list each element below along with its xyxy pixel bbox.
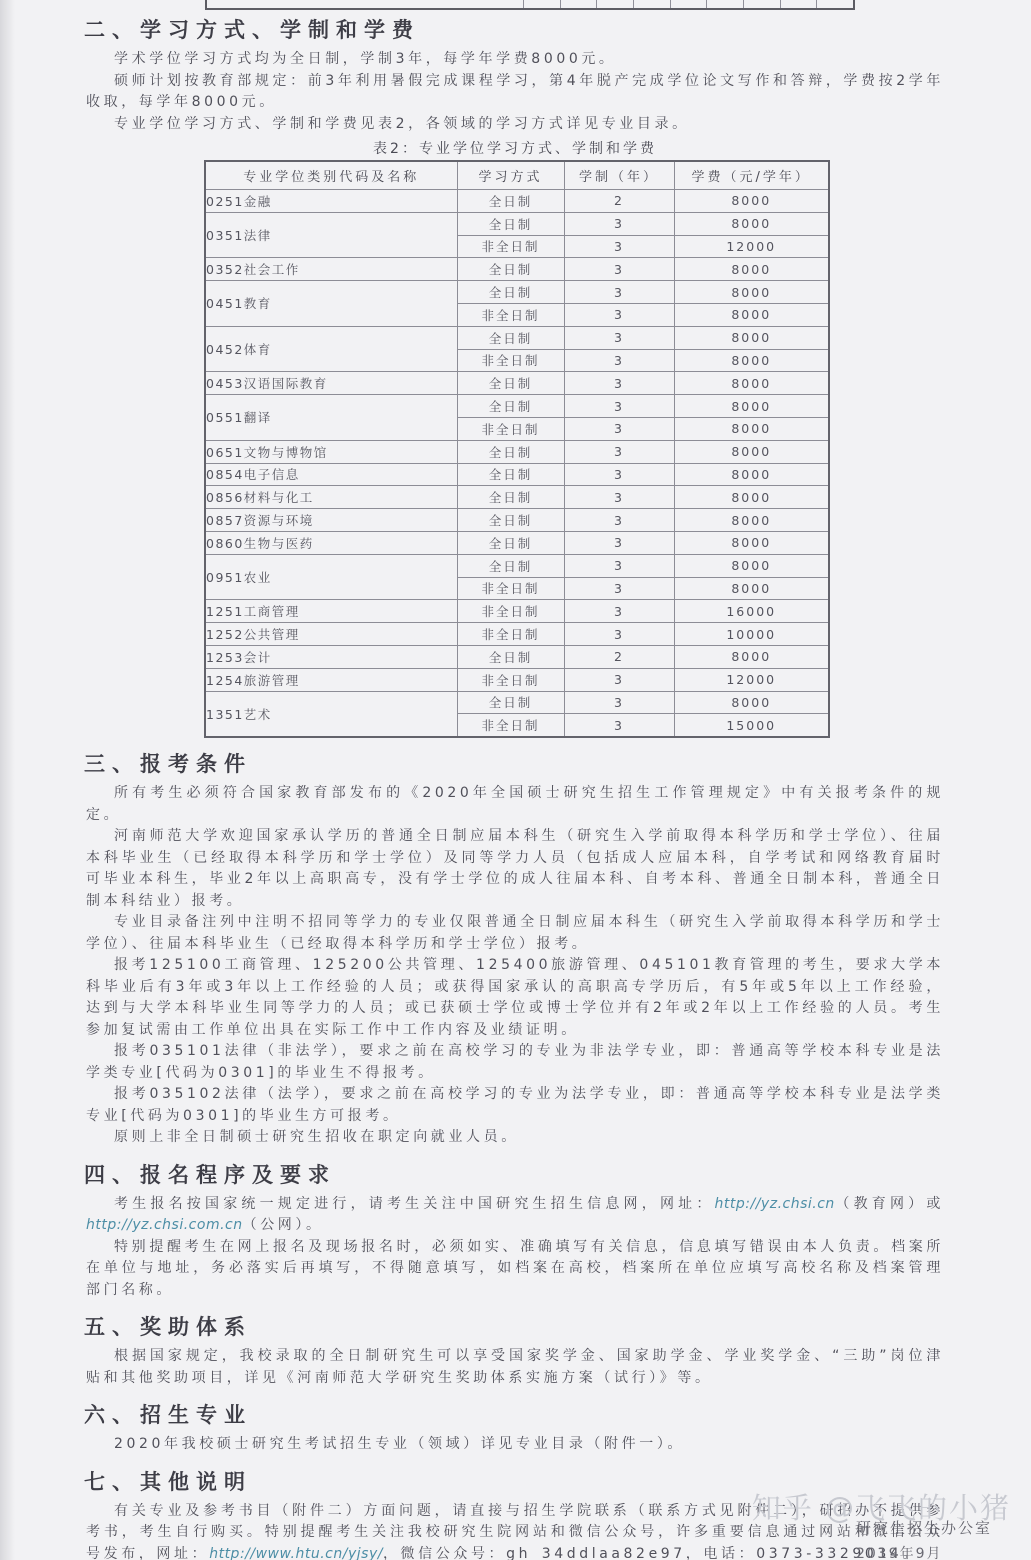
cell-category: 0352社会工作 (205, 258, 457, 281)
table-row: 0854电子信息全日制38000 (205, 463, 829, 486)
section-3-paragraph: 报考125100工商管理、125200公共管理、125400旅游管理、04510… (86, 955, 944, 1041)
table-row: 1254旅游管理非全日制312000 (205, 668, 829, 691)
url-text: http://www.htu.cn/yjsy/ (209, 1546, 383, 1560)
cell-years: 3 (564, 691, 674, 714)
section-4-paragraph-1: 考生报名按国家统一规定进行，请考生关注中国研究生招生信息网，网址：http://… (86, 1194, 944, 1237)
cell-fee: 8000 (674, 645, 829, 668)
table-row: 0451教育全日制38000 (205, 281, 829, 304)
cell-fee: 10000 (674, 623, 829, 646)
cell-years: 3 (564, 463, 674, 486)
cell-mode: 全日制 (457, 486, 564, 509)
cell-mode: 全日制 (457, 372, 564, 395)
cell-category: 1253会计 (205, 645, 457, 668)
table-row: 0860生物与医药全日制38000 (205, 531, 829, 554)
cell-mode: 全日制 (457, 509, 564, 532)
cell-fee: 8000 (674, 349, 829, 372)
section-3-paragraph: 原则上非全日制硕士研究生招收在职定向就业人员。 (86, 1127, 944, 1149)
cell-mode: 非全日制 (457, 623, 564, 646)
cell-category: 0856材料与化工 (205, 486, 457, 509)
table-row: 1253会计全日制28000 (205, 645, 829, 668)
table-row: 0452体育全日制38000 (205, 326, 829, 349)
previous-table-fragment (205, 0, 855, 10)
cell-fee: 16000 (674, 600, 829, 623)
cell-years: 3 (564, 212, 674, 235)
cell-mode: 全日制 (457, 326, 564, 349)
cell-years: 3 (564, 417, 674, 440)
cell-category: 1351艺术 (205, 691, 457, 737)
text-segment: 考生报名按国家统一规定进行，请考生关注中国研究生招生信息网，网址： (114, 1196, 715, 1212)
cell-years: 3 (564, 623, 674, 646)
table-caption: 表2：专业学位学习方式、学制和学费 (86, 138, 944, 158)
column-header: 学习方式 (457, 161, 564, 190)
section-4-heading: 四、报名程序及要求 (84, 1161, 944, 1189)
cell-category: 0857资源与环境 (205, 509, 457, 532)
cell-mode: 全日制 (457, 281, 564, 304)
cell-mode: 全日制 (457, 395, 564, 418)
url-text: http://yz.chsi.cn (715, 1196, 835, 1212)
section-5-paragraph: 根据国家规定，我校录取的全日制研究生可以享受国家奖学金、国家助学金、学业奖学金、… (86, 1346, 944, 1389)
cell-mode: 非全日制 (457, 714, 564, 737)
cell-mode: 全日制 (457, 645, 564, 668)
cell-category: 0551翻译 (205, 395, 457, 441)
cell-years: 3 (564, 600, 674, 623)
table-row: 0453汉语国际教育全日制38000 (205, 372, 829, 395)
cell-years: 3 (564, 372, 674, 395)
text-segment: （公网）。 (243, 1217, 324, 1233)
date-signature: 2019年9月 (856, 1543, 943, 1560)
cell-mode: 非全日制 (457, 417, 564, 440)
section-3-paragraph: 专业目录备注列中注明不招同等学力的专业仅限普通全日制应届本科生（研究生入学前取得… (86, 912, 944, 955)
table-row: 0651文物与博物馆全日制38000 (205, 440, 829, 463)
table-row: 0857资源与环境全日制38000 (205, 509, 829, 532)
text-segment: （教育网）或 (835, 1196, 944, 1212)
table-row: 0551翻译全日制38000 (205, 395, 829, 418)
cell-fee: 8000 (674, 395, 829, 418)
cell-fee: 8000 (674, 509, 829, 532)
cell-category: 1254旅游管理 (205, 668, 457, 691)
table-row: 0856材料与化工全日制38000 (205, 486, 829, 509)
cell-fee: 8000 (674, 212, 829, 235)
cell-fee: 8000 (674, 190, 829, 213)
cell-mode: 非全日制 (457, 600, 564, 623)
cell-fee: 8000 (674, 281, 829, 304)
cell-category: 0351法律 (205, 212, 457, 258)
cell-mode: 全日制 (457, 554, 564, 577)
cell-years: 3 (564, 668, 674, 691)
cell-fee: 8000 (674, 577, 829, 600)
cell-category: 1252公共管理 (205, 623, 457, 646)
cell-years: 2 (564, 645, 674, 668)
cell-years: 3 (564, 326, 674, 349)
cell-fee: 8000 (674, 258, 829, 281)
table-header-row: 专业学位类别代码及名称学习方式学制（年）学费（元/学年） (205, 161, 829, 190)
section-6-paragraph: 2020年我校硕士研究生考试招生专业（领域）详见专业目录（附件一）。 (86, 1434, 944, 1456)
table-row: 1252公共管理非全日制310000 (205, 623, 829, 646)
table-row: 1351艺术全日制38000 (205, 691, 829, 714)
cell-mode: 全日制 (457, 440, 564, 463)
table-body: 0251金融全日制280000351法律全日制38000非全日制31200003… (205, 190, 829, 738)
cell-years: 3 (564, 486, 674, 509)
url-text: http://yz.chsi.com.cn (86, 1217, 243, 1233)
column-header: 学费（元/学年） (674, 161, 829, 190)
table-row: 0251金融全日制28000 (205, 190, 829, 213)
table-row: 1251工商管理非全日制316000 (205, 600, 829, 623)
section-3-paragraph: 报考035101法律（非法学），要求之前在高校学习的专业为非法学专业，即：普通高… (86, 1041, 944, 1084)
cell-mode: 非全日制 (457, 668, 564, 691)
section-3-paragraph: 河南师范大学欢迎国家承认学历的普通全日制应届本科生（研究生入学前取得本科学历和学… (86, 826, 944, 912)
cell-mode: 非全日制 (457, 577, 564, 600)
cell-category: 0651文物与博物馆 (205, 440, 457, 463)
cell-category: 0860生物与医药 (205, 531, 457, 554)
cell-category: 0452体育 (205, 326, 457, 372)
cell-mode: 全日制 (457, 531, 564, 554)
table-row: 0951农业全日制38000 (205, 554, 829, 577)
cell-mode: 全日制 (457, 463, 564, 486)
section-4-paragraph-2: 特别提醒考生在网上报名及现场报名时，必须如实、准确填写有关信息，信息填写错误由本… (86, 1237, 944, 1302)
cell-years: 2 (564, 190, 674, 213)
cell-fee: 8000 (674, 691, 829, 714)
cell-category: 0251金融 (205, 190, 457, 213)
table-row: 0351法律全日制38000 (205, 212, 829, 235)
section-2-paragraph-1: 学术学位学习方式均为全日制，学制3年，每学年学费8000元。 (86, 49, 944, 71)
cell-mode: 非全日制 (457, 235, 564, 258)
cell-years: 3 (564, 577, 674, 600)
section-2-paragraph-2: 硕师计划按教育部规定：前3年利用暑假完成课程学习，第4年脱产完成学位论文写作和答… (86, 71, 944, 114)
tuition-table: 专业学位类别代码及名称学习方式学制（年）学费（元/学年） 0251金融全日制28… (204, 160, 830, 738)
cell-fee: 8000 (674, 372, 829, 395)
cell-years: 3 (564, 395, 674, 418)
cell-fee: 8000 (674, 417, 829, 440)
section-3-heading: 三、报考条件 (84, 750, 944, 778)
cell-fee: 8000 (674, 486, 829, 509)
cell-years: 3 (564, 258, 674, 281)
column-header: 专业学位类别代码及名称 (205, 161, 457, 190)
cell-fee: 8000 (674, 531, 829, 554)
cell-category: 0951农业 (205, 554, 457, 600)
cell-fee: 8000 (674, 440, 829, 463)
cell-mode: 全日制 (457, 190, 564, 213)
cell-years: 3 (564, 714, 674, 737)
cell-years: 3 (564, 531, 674, 554)
cell-years: 3 (564, 509, 674, 532)
cell-category: 0854电子信息 (205, 463, 457, 486)
section-3-paragraph: 所有考生必须符合国家教育部发布的《2020年全国硕士研究生招生工作管理规定》中有… (86, 783, 944, 826)
section-2-paragraph-3: 专业学位学习方式、学制和学费见表2，各领域的学习方式详见专业目录。 (86, 114, 944, 136)
cell-category: 0451教育 (205, 281, 457, 327)
section-5-heading: 五、奖助体系 (84, 1313, 944, 1341)
cell-mode: 全日制 (457, 691, 564, 714)
cell-mode: 全日制 (457, 212, 564, 235)
cell-fee: 8000 (674, 463, 829, 486)
cell-category: 1251工商管理 (205, 600, 457, 623)
cell-fee: 12000 (674, 668, 829, 691)
cell-mode: 非全日制 (457, 303, 564, 326)
zhihu-watermark: 知乎 @飞飞的小猪 (752, 1486, 1011, 1527)
cell-years: 3 (564, 440, 674, 463)
document-body: 二、学习方式、学制和学费 学术学位学习方式均为全日制，学制3年，每学年学费800… (86, 16, 944, 1560)
section-6-heading: 六、招生专业 (84, 1401, 944, 1429)
text-segment: ，微信公众号：gh_34ddlaa82e97，电话：0373-3329034。 (383, 1546, 920, 1560)
table-row: 0352社会工作全日制38000 (205, 258, 829, 281)
cell-mode: 全日制 (457, 258, 564, 281)
cell-category: 0453汉语国际教育 (205, 372, 457, 395)
section-2-heading: 二、学习方式、学制和学费 (84, 16, 944, 44)
cell-mode: 非全日制 (457, 349, 564, 372)
cell-fee: 12000 (674, 235, 829, 258)
cell-years: 3 (564, 349, 674, 372)
cell-fee: 15000 (674, 714, 829, 737)
cell-years: 3 (564, 554, 674, 577)
cell-years: 3 (564, 303, 674, 326)
cell-fee: 8000 (674, 303, 829, 326)
section-3-paragraph: 报考035102法律（法学），要求之前在高校学习的专业为法学专业，即：普通高等学… (86, 1084, 944, 1127)
cell-years: 3 (564, 235, 674, 258)
cell-years: 3 (564, 281, 674, 304)
cell-fee: 8000 (674, 554, 829, 577)
cell-fee: 8000 (674, 326, 829, 349)
column-header: 学制（年） (564, 161, 674, 190)
